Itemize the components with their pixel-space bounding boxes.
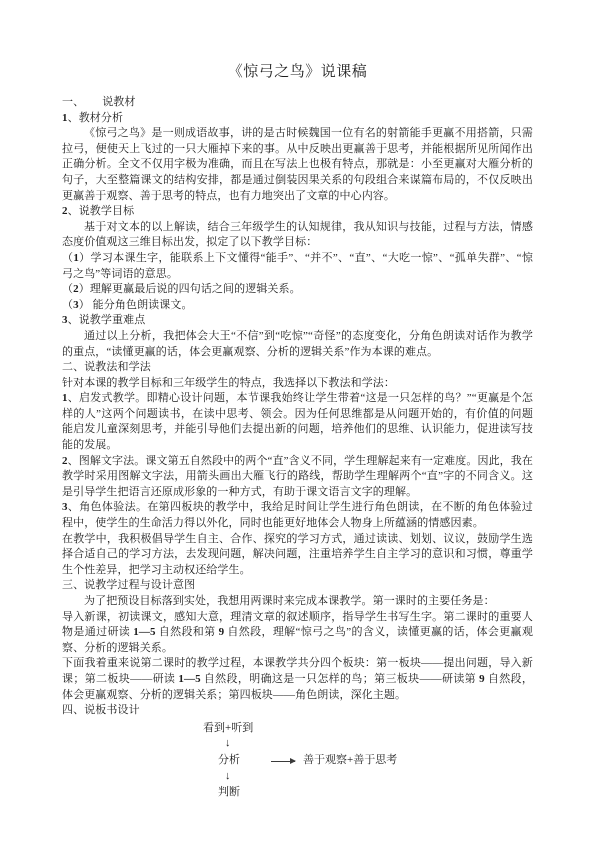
text-run: （ xyxy=(62,252,73,264)
text-run: ） 能分角色朗读课文。 xyxy=(79,299,193,311)
text-run: 1—5 xyxy=(178,673,200,685)
paragraph: （2）理解更赢最后说的四句话之间的逻辑关系。 xyxy=(62,282,533,298)
diagram-node-analyze: 分析 xyxy=(218,754,240,767)
text-run: 四、说板书设计 xyxy=(62,704,140,716)
section-heading: 四、说板书设计 xyxy=(62,703,533,719)
text-run: 《惊弓之鸟》是一则成语故事，讲的是古时候魏国一位有名的射箭能手更赢不用搭箭，只需… xyxy=(62,127,533,201)
diagram-node-judge: 判断 xyxy=(218,786,240,799)
document-title: 《惊弓之鸟》说课稿 xyxy=(62,62,533,83)
text-run: 一、 xyxy=(62,96,84,108)
right-arrow-icon xyxy=(271,761,295,762)
diagram-node-result: 善于观察+善于思考 xyxy=(303,754,397,767)
text-run: 、启发式教学。即精心设计问题，本节课我始终让学生带着“这是一只怎样的鸟？”“更赢… xyxy=(62,392,533,451)
text-run: 通过以上分析，我把体会大王“不信”到“吃惊”“奇怪”的态度变化，分角色朗读对话作… xyxy=(62,330,533,358)
sub-heading: 1、教材分析 xyxy=(62,111,533,127)
text-run: 、说教学重难点 xyxy=(68,314,146,326)
paragraph: 在教学中，我积极倡导学生自主、合作、探究的学习方式，通过读读、划划、议议，鼓励学… xyxy=(62,532,533,579)
text-run: 说教材 xyxy=(102,96,135,108)
paragraph: 通过以上分析，我把体会大王“不信”到“吃惊”“奇怪”的态度变化，分角色朗读对话作… xyxy=(62,329,533,360)
text-run: （ xyxy=(62,283,73,295)
paragraph: 导入新课，初读课文，感知大意，理清文章的叙述顺序，指导学生书写生字。第二课时的重… xyxy=(62,610,533,657)
down-arrow-icon: ↓ xyxy=(225,737,231,750)
text-run: ）学习本课生字，能联系上下文懂得“能手”、“并不”、“直”、“大吃一惊”、“孤单… xyxy=(62,252,533,280)
section-heading: 二、说教法和学法 xyxy=(62,360,533,376)
text-run: 自然段，明确这是一只怎样的鸟；第三板块——研读第 xyxy=(201,673,479,685)
text-run: 自然段和第 xyxy=(156,626,219,638)
sub-heading: 2、说教学目标 xyxy=(62,204,533,220)
section-heading: 一、说教材 xyxy=(62,95,533,111)
text-run: 三、说教学过程与设计意图 xyxy=(62,579,195,591)
text-run: 针对本课的教学目标和三年级学生的特点，我选择以下教法和学法： xyxy=(62,377,395,389)
paragraph: 《惊弓之鸟》是一则成语故事，讲的是古时候魏国一位有名的射箭能手更赢不用搭箭，只需… xyxy=(62,126,533,204)
paragraph: 下面我着重来说第二课时的教学过程，本课教学共分四个板块：第一板块——提出问题，导… xyxy=(62,656,533,703)
down-arrow-icon: ↓ xyxy=(225,770,231,783)
paragraph: 针对本课的教学目标和三年级学生的特点，我选择以下教法和学法： xyxy=(62,376,533,392)
paragraph: 2、图解文字法。课文第五自然段中的两个“直”含义不同，学生理解起来有一定难度。因… xyxy=(62,454,533,501)
paragraph: 1、启发式教学。即精心设计问题，本节课我始终让学生带着“这是一只怎样的鸟？”“更… xyxy=(62,391,533,453)
text-run: 基于对文本的以上解读，结合三年级学生的认知规律，我从知识与技能，过程与方法，情感… xyxy=(62,221,533,249)
text-run: 1—5 xyxy=(133,626,155,638)
text-run: ）理解更赢最后说的四句话之间的逻辑关系。 xyxy=(79,283,301,295)
sub-heading: 3、说教学重难点 xyxy=(62,313,533,329)
document-body: 一、说教材1、教材分析《惊弓之鸟》是一则成语故事，讲的是古时候魏国一位有名的射箭… xyxy=(62,95,533,719)
text-run: 、图解文字法。课文第五自然段中的两个“直”含义不同，学生理解起来有一定难度。因此… xyxy=(62,455,533,498)
paragraph: （1）学习本课生字，能联系上下文懂得“能手”、“并不”、“直”、“大吃一惊”、“… xyxy=(62,251,533,282)
text-run: 在教学中，我积极倡导学生自主、合作、探究的学习方式，通过读读、划划、议议，鼓励学… xyxy=(62,533,533,576)
paragraph: 为了把预设目标落到实处，我想用两课时来完成本课教学。第一课时的主要任务是： xyxy=(62,594,533,610)
text-run: 为了把预设目标落到实处，我想用两课时来完成本课教学。第一课时的主要任务是： xyxy=(84,595,495,607)
text-run: （ xyxy=(62,299,73,311)
paragraph: 基于对文本的以上解读，结合三年级学生的认知规律，我从知识与技能，过程与方法，情感… xyxy=(62,220,533,251)
board-design-diagram: 看到+听到 ↓ 分析 善于观察+善于思考 ↓ 判断 xyxy=(62,719,533,814)
paragraph: （3） 能分角色朗读课文。 xyxy=(62,298,533,314)
diagram-node-see-hear: 看到+听到 xyxy=(203,722,253,735)
text-run: 、说教学目标 xyxy=(68,205,135,217)
text-run: 、角色体验法。在第四板块的教学中，我给足时间让学生进行角色朗读，在不断的角色体验… xyxy=(62,501,533,529)
text-run: 、教材分析 xyxy=(68,112,124,124)
paragraph: 3、角色体验法。在第四板块的教学中，我给足时间让学生进行角色朗读，在不断的角色体… xyxy=(62,500,533,531)
text-run: 二、说教法和学法 xyxy=(62,361,151,373)
document-page: 《惊弓之鸟》说课稿 一、说教材1、教材分析《惊弓之鸟》是一则成语故事，讲的是古时… xyxy=(0,0,595,842)
section-heading: 三、说教学过程与设计意图 xyxy=(62,578,533,594)
